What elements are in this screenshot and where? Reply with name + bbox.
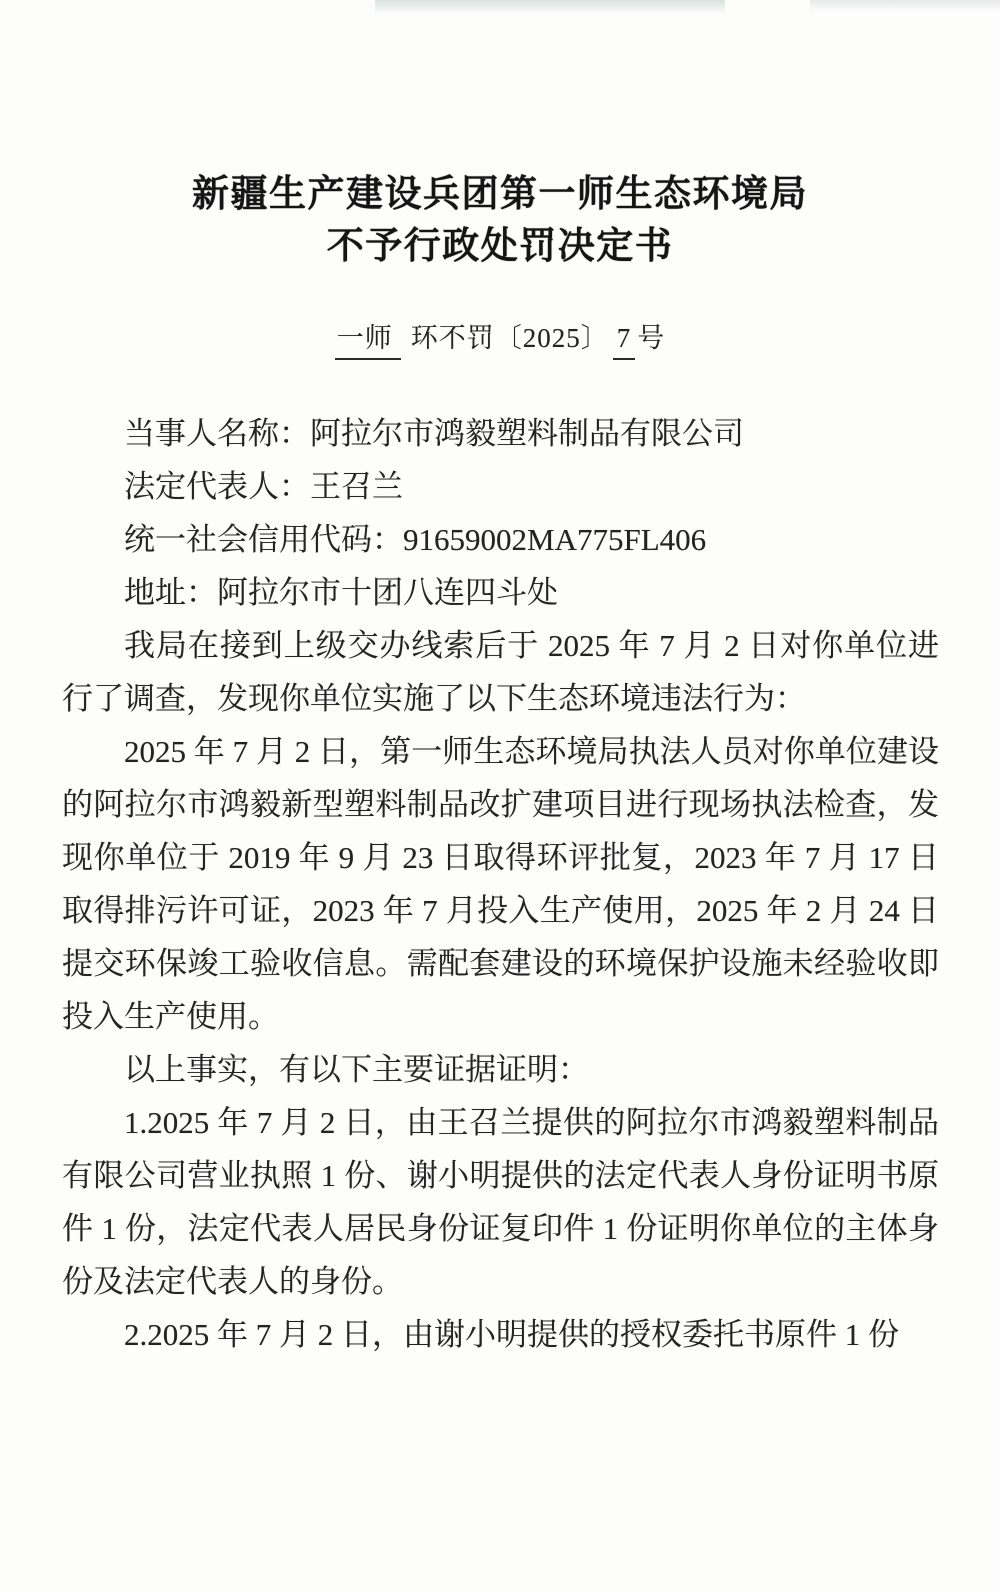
document-title-line2: 不予行政处罚决定书 (40, 220, 960, 272)
document-body: 当事人名称：阿拉尔市鸿毅塑料制品有限公司 法定代表人：王召兰 统一社会信用代码：… (62, 407, 939, 1361)
document-title: 新疆生产建设兵团第一师生态环境局 不予行政处罚决定书 (40, 168, 960, 272)
document-number-middle: 环不罚〔2025〕 (411, 323, 609, 353)
party-name-line: 当事人名称：阿拉尔市鸿毅塑料制品有限公司 (62, 407, 939, 460)
address-line: 地址：阿拉尔市十团八连四斗处 (62, 566, 939, 619)
document-number-suffix: 号 (637, 323, 665, 353)
document-title-line1: 新疆生产建设兵团第一师生态环境局 (40, 168, 960, 220)
scan-artifact (375, 0, 725, 14)
scan-artifact (810, 0, 1000, 12)
document-number-line: 一师环不罚〔2025〕7号 (0, 316, 1000, 355)
document-number-value: 7 (613, 323, 636, 360)
body-paragraph-evidence-1: 1.2025 年 7 月 2 日，由王召兰提供的阿拉尔市鸿毅塑料制品有限公司营业… (62, 1096, 939, 1308)
body-paragraph-evidence-intro: 以上事实，有以下主要证据证明： (62, 1043, 939, 1096)
legal-representative-line: 法定代表人：王召兰 (62, 460, 939, 513)
document-number-issuer: 一师 (335, 323, 401, 360)
credit-code-line: 统一社会信用代码：91659002MA775FL406 (62, 513, 939, 566)
body-paragraph-evidence-2: 2.2025 年 7 月 2 日，由谢小明提供的授权委托书原件 1 份 (62, 1308, 939, 1361)
body-paragraph-investigation: 我局在接到上级交办线索后于 2025 年 7 月 2 日对你单位进行了调查，发现… (62, 619, 939, 725)
body-paragraph-findings: 2025 年 7 月 2 日，第一师生态环境局执法人员对你单位建设的阿拉尔市鸿毅… (62, 725, 939, 1043)
document-page: 新疆生产建设兵团第一师生态环境局 不予行政处罚决定书 一师环不罚〔2025〕7号… (0, 0, 1000, 1592)
